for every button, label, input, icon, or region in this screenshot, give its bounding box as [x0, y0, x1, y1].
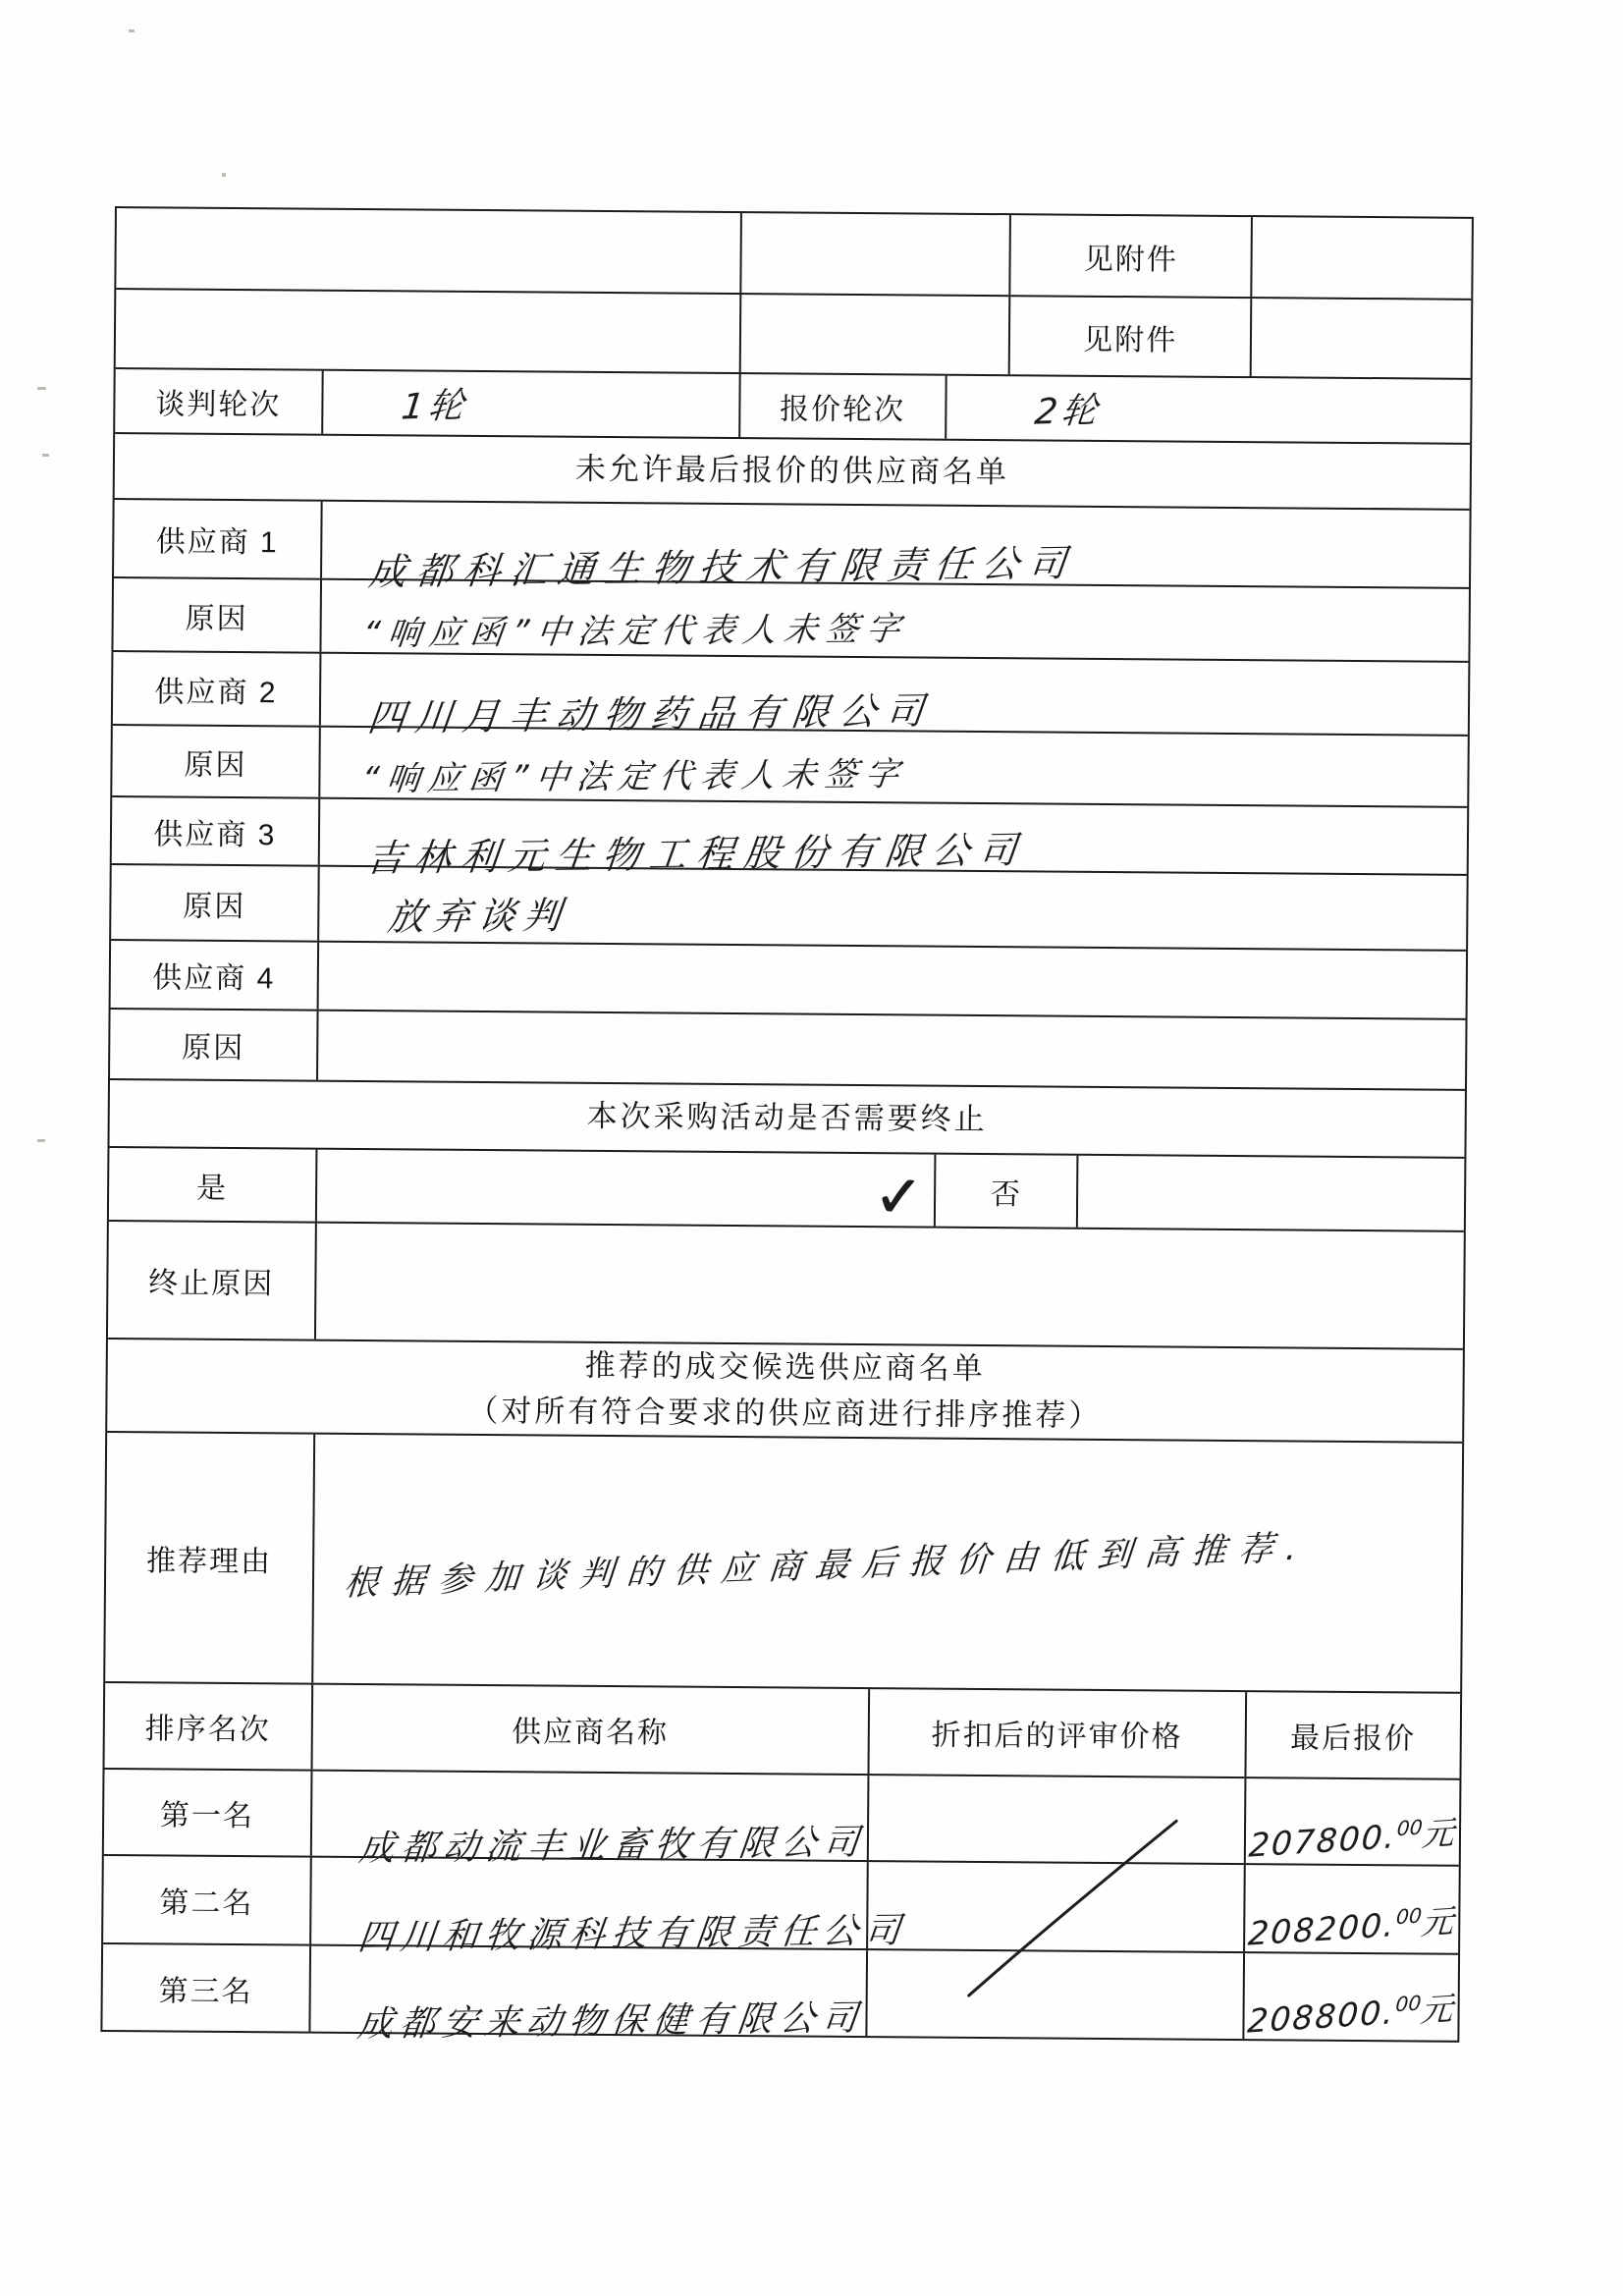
supplier-row: 供应商 2 四川月丰动物药品有限公司	[113, 650, 1469, 735]
supplier4-name-cell	[316, 943, 1466, 1018]
recommendation-reason-row: 推荐理由 根据参加谈判的供应商最后报价由低到高推荐.	[105, 1431, 1462, 1692]
rank1-supplier-cell: 成都动流丰业畜牧有限公司	[310, 1772, 868, 1860]
handwritten-supplier2-name: 四川月丰动物药品有限公司	[365, 680, 937, 741]
ranking-row: 第二名 四川和牧源科技有限责任公司 208200.00元	[103, 1854, 1459, 1953]
empty-cell	[1250, 217, 1472, 299]
reason1-label: 原因	[113, 578, 319, 652]
recommendation-subtitle: （对所有符合要求的供应商进行排序推荐）	[467, 1388, 1102, 1439]
recommendation-reason-label: 推荐理由	[105, 1433, 313, 1683]
rank2-review-price-cell	[866, 1862, 1243, 1951]
rank2-supplier-cell: 四川和牧源科技有限责任公司	[309, 1858, 867, 1948]
termination-reason-cell	[314, 1224, 1464, 1348]
rank2-final-quote-cell: 208200.00元	[1243, 1865, 1459, 1953]
terminate-yes-label: 是	[109, 1148, 315, 1222]
attachment-note: 见附件	[1008, 297, 1250, 376]
supplier-row: 供应商 4	[111, 939, 1467, 1018]
ranking-row: 第一名 成都动流丰业畜牧有限公司 207800.00元	[104, 1768, 1460, 1865]
rank1-label: 第一名	[104, 1770, 310, 1856]
handwritten-rank1-final-quote: 207800.00元	[1247, 1807, 1458, 1866]
termination-reason-label: 终止原因	[108, 1222, 315, 1339]
handwritten-reason2: “响应函”中法定代表人未签字	[358, 746, 909, 799]
negotiation-record-table: 见附件 见附件 谈判轮次 1轮 报价轮次 2轮 未允许最后报价的供应商名单 供应…	[100, 206, 1474, 2043]
handwritten-rank2-final-quote: 208200.00元	[1246, 1895, 1457, 1954]
recommendation-title: 推荐的成交候选供应商名单	[585, 1343, 986, 1393]
handwritten-check-mark: ✓	[871, 1154, 928, 1240]
scan-speck	[37, 387, 46, 390]
scan-speck	[129, 29, 135, 32]
reason-row: 原因	[110, 1008, 1466, 1089]
recommendation-title-cell: 推荐的成交候选供应商名单 （对所有符合要求的供应商进行排序推荐）	[107, 1339, 1463, 1442]
handwritten-recommendation-reason: 根据参加谈判的供应商最后报价由低到高推荐.	[342, 1520, 1312, 1606]
rank2-label: 第二名	[103, 1856, 309, 1944]
handwritten-reason3: 放弃谈判	[385, 885, 571, 941]
scan-speck	[37, 1139, 45, 1142]
handwritten-rank1-supplier: 成都动流丰业畜牧有限公司	[356, 1815, 869, 1872]
section-header-row: 本次采购活动是否需要终止	[109, 1078, 1464, 1157]
termination-choice-row: 是 否 ✓	[109, 1146, 1465, 1230]
rank3-label: 第三名	[102, 1944, 308, 2032]
quote-rounds-label: 报价轮次	[738, 374, 945, 439]
supplier4-label: 供应商 4	[111, 941, 317, 1010]
scan-speck	[222, 173, 226, 177]
supplier-column-header: 供应商名称	[310, 1685, 868, 1774]
supplier3-label: 供应商 3	[112, 797, 318, 865]
handwritten-negotiation-rounds: 1轮	[400, 377, 471, 429]
reason2-label: 原因	[112, 726, 318, 797]
handwritten-reason1: “响应函”中法定代表人未签字	[360, 601, 911, 654]
supplier1-label: 供应商 1	[114, 500, 320, 578]
rank3-final-quote-cell: 208800.00元	[1242, 1953, 1458, 2041]
supplier1-name-cell: 成都科汇通生物技术有限责任公司	[320, 502, 1470, 587]
empty-cell	[116, 208, 739, 293]
section-header-row: 未允许最后报价的供应商名单	[115, 432, 1470, 509]
rank3-review-price-cell	[865, 1950, 1242, 2039]
ranking-header-row: 排序名次 供应商名称 折扣后的评审价格 最后报价	[105, 1681, 1461, 1778]
rank1-final-quote-cell: 207800.00元	[1243, 1778, 1459, 1865]
quote-rounds-value: 2轮	[945, 376, 1471, 443]
terminate-no-value: ✓	[1076, 1156, 1464, 1230]
final-quote-column-header: 最后报价	[1244, 1692, 1460, 1778]
handwritten-rank2-supplier: 四川和牧源科技有限责任公司	[355, 1902, 910, 1959]
handwritten-supplier3-name: 吉林利元生物工程股份有限公司	[364, 819, 1030, 882]
empty-cell	[116, 290, 739, 372]
rounds-row: 谈判轮次 1轮 报价轮次 2轮	[115, 367, 1470, 443]
termination-title: 本次采购活动是否需要终止	[109, 1080, 1464, 1157]
rank1-review-price-cell	[867, 1776, 1244, 1863]
scanned-document-page: { "attachment_rows": [ { "attachment": "…	[0, 0, 1623, 2296]
table-row: 见附件	[116, 208, 1472, 299]
handwritten-supplier1-name: 成都科汇通生物技术有限责任公司	[366, 532, 1079, 596]
supplier2-label: 供应商 2	[113, 652, 319, 726]
handwritten-rank3-supplier: 成都安来动物保健有限公司	[354, 1991, 867, 2048]
handwritten-rank3-final-quote: 208800.00元	[1245, 1983, 1456, 2042]
rank-column-header: 排序名次	[105, 1683, 311, 1770]
supplier-row: 供应商 3 吉林利元生物工程股份有限公司	[112, 795, 1467, 874]
supplier-row: 供应商 1 成都科汇通生物技术有限责任公司	[114, 498, 1470, 587]
scan-speck	[42, 454, 49, 457]
negotiation-rounds-label: 谈判轮次	[115, 369, 321, 434]
reason-row: 原因 “响应函”中法定代表人未签字	[112, 724, 1468, 806]
reason3-label: 原因	[111, 865, 317, 941]
terminate-no-label: 否	[934, 1155, 1076, 1228]
terminate-yes-value	[315, 1150, 935, 1227]
review-price-column-header: 折扣后的评审价格	[867, 1689, 1244, 1777]
empty-cell	[739, 213, 1009, 295]
excluded-suppliers-title: 未允许最后报价的供应商名单	[115, 434, 1470, 509]
supplier2-name-cell: 四川月丰动物药品有限公司	[319, 654, 1469, 735]
table-row: 见附件	[116, 288, 1472, 378]
recommendation-reason-cell: 根据参加谈判的供应商最后报价由低到高推荐.	[311, 1435, 1462, 1692]
reason4-cell	[316, 1011, 1466, 1089]
reason4-label: 原因	[110, 1010, 316, 1080]
termination-reason-row: 终止原因	[108, 1220, 1464, 1348]
supplier3-name-cell: 吉林利元生物工程股份有限公司	[317, 799, 1467, 874]
ranking-row: 第三名 成都安来动物保健有限公司 208800.00元	[102, 1942, 1458, 2041]
attachment-note: 见附件	[1009, 215, 1251, 297]
section-header-row: 推荐的成交候选供应商名单 （对所有符合要求的供应商进行排序推荐）	[107, 1338, 1463, 1442]
empty-cell	[1250, 299, 1472, 378]
empty-cell	[738, 295, 1008, 374]
negotiation-rounds-value: 1轮	[321, 371, 739, 437]
handwritten-quote-rounds: 2轮	[1033, 382, 1105, 434]
